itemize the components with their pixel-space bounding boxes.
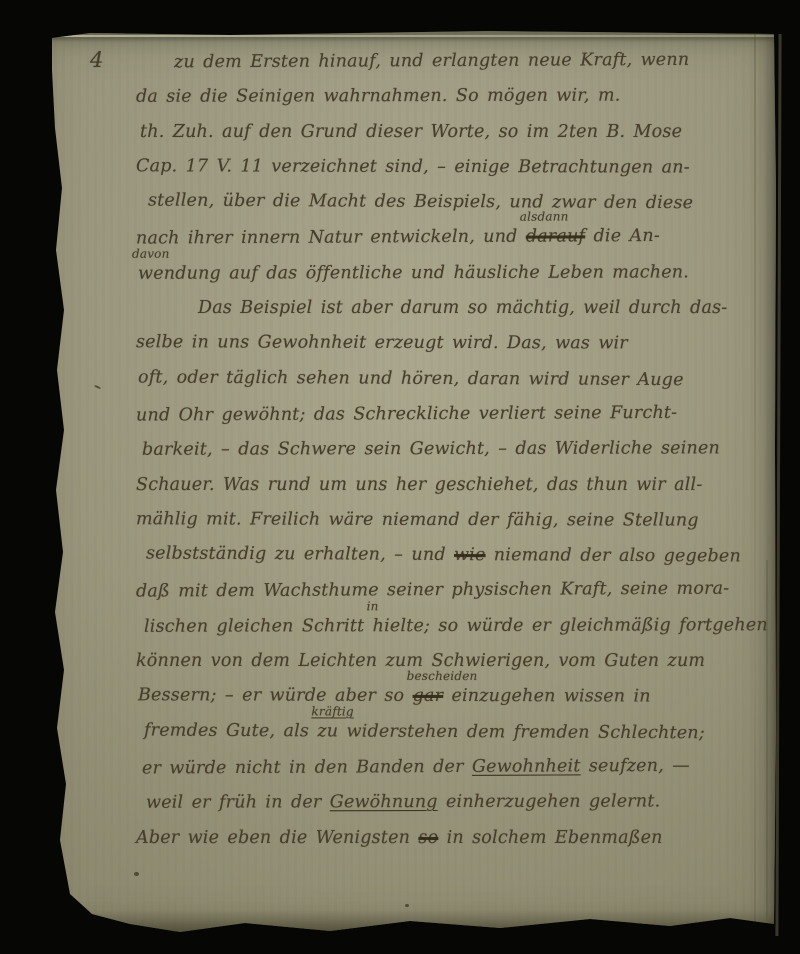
manuscript-line: zu dem Ersten hinauf, und erlangten neue… (136, 42, 764, 80)
manuscript-line: barkeit, – das Schwere sein Gewicht, – d… (136, 431, 764, 468)
text-run: einherzugehen gelernt. (438, 792, 661, 813)
manuscript-line: stellen, über die Macht des Beispiels, u… (136, 184, 764, 222)
text-run: th. Zuh. auf den Grund dieser Worte, so … (140, 122, 682, 142)
struck-word: wie (454, 545, 486, 565)
underlined-word: Gewohnheit (472, 756, 581, 777)
text-run: lischen gleichen Schritt (144, 616, 373, 637)
manuscript-text-block: zu dem Ersten hinauf, und erlangten neue… (136, 44, 764, 856)
text-run: daß mit dem Wachsthume seiner physischen… (136, 579, 729, 602)
text-run: er würde nicht in den Banden der (142, 757, 472, 779)
page-stack-edge (775, 34, 781, 936)
text-run: fremdes Gute, als (144, 720, 317, 741)
manuscript-line: Bessern; – er würde aber so bescheidenga… (136, 679, 764, 716)
text-run: oft, oder täglich sehen und hören, daran… (138, 367, 684, 390)
page-number: 4 (90, 48, 103, 72)
manuscript-line: er würde nicht in den Banden der Gewohnh… (136, 748, 764, 786)
interlinear-insertion: kräftig (311, 705, 353, 717)
text-run: Das Beispiel ist aber darum so mächtig, … (198, 298, 727, 318)
interlinear-insertion: bescheiden (407, 670, 478, 682)
manuscript-line: davonwendung auf das öffentliche und häu… (136, 255, 764, 292)
text-run: einzugehen wissen in (443, 686, 651, 707)
text-run: selbstständig zu erhalten, – und (146, 544, 454, 566)
manuscript-page: 4 zu dem Ersten hinauf, und erlangten ne… (30, 28, 776, 936)
ink-speck (134, 872, 139, 876)
text-run: hielte; so würde er gleichmäßig fortgehe… (373, 615, 768, 636)
text-run: zu dem Ersten hinauf, und erlangten neue… (174, 50, 689, 73)
text-run: in solchem Ebenmaßen (438, 828, 662, 848)
manuscript-line: selbe in uns Gewohnheit erzeugt wird. Da… (136, 326, 764, 363)
manuscript-line: mählig mit. Freilich wäre niemand der fä… (136, 502, 764, 539)
text-run: barkeit, – das Schwere sein Gewicht, – d… (142, 439, 720, 460)
text-run: mählig mit. Freilich wäre niemand der fä… (136, 509, 699, 530)
underlined-word: Gewöhnung (330, 792, 438, 812)
interlinear-insertion: davon (132, 247, 170, 259)
manuscript-line: oft, oder täglich sehen und hören, daran… (136, 360, 764, 398)
manuscript-line: Schauer. Was rund um uns her geschiehet,… (136, 468, 764, 503)
scan-background: 4 zu dem Ersten hinauf, und erlangten ne… (0, 0, 800, 954)
ink-speck (94, 385, 101, 390)
text-run: und Ohr gewöhnt; das Schreckliche verlie… (136, 403, 677, 426)
interlinear-insertion: alsdann (520, 211, 569, 223)
manuscript-line: Aber wie eben die Wenigsten so in solche… (136, 821, 764, 856)
text-run: stellen, über die Macht des Beispiels, u… (148, 191, 693, 214)
text-run: weil er früh in der (146, 793, 330, 813)
manuscript-line: nach ihrer innern Natur entwickeln, und … (136, 219, 764, 257)
text-run: niemand der also gegeben (486, 545, 742, 566)
page-stack-edge (766, 560, 768, 920)
manuscript-line: fremdes Gute, als kräftigzu widerstehen … (136, 713, 764, 751)
text-run: Bessern; – er würde aber so (138, 686, 413, 707)
ink-speck (405, 904, 409, 907)
text-run: die An- (585, 226, 660, 246)
manuscript-line: da sie die Seinigen wahrnahmen. So mögen… (136, 79, 764, 116)
manuscript-line: Cap. 17 V. 11 verzeichnet sind, – einige… (136, 149, 764, 186)
manuscript-line: th. Zuh. auf den Grund dieser Worte, so … (136, 115, 764, 150)
manuscript-line: daß mit dem Wachsthume seiner physischen… (136, 572, 764, 610)
manuscript-line: lischen gleichen Schritt inhielte; so wü… (136, 608, 764, 645)
manuscript-line: weil er früh in der Gewöhnung einherzuge… (136, 784, 764, 821)
struck-word: so (418, 828, 438, 848)
text-run: Schauer. Was rund um uns her geschiehet,… (136, 475, 702, 495)
struck-word: darauf (526, 227, 585, 247)
text-run: wendung auf das öffentliche und häuslich… (138, 262, 689, 283)
text-run: Aber wie eben die Wenigsten (136, 828, 418, 848)
text-run: seufzen, — (581, 756, 690, 777)
text-run: da sie die Seinigen wahrnahmen. So mögen… (136, 86, 621, 107)
struck-word: gar (413, 686, 444, 706)
manuscript-line: und Ohr gewöhnt; das Schreckliche verlie… (136, 395, 764, 433)
manuscript-line: Das Beispiel ist aber darum so mächtig, … (136, 291, 764, 326)
interlinear-insertion: in (367, 600, 379, 612)
manuscript-line: selbstständig zu erhalten, – und wie nie… (136, 537, 764, 575)
text-run: nach ihrer innern Natur entwickeln, und (136, 227, 526, 249)
text-run: zu widerstehen dem fremden Schlechten; (317, 721, 705, 743)
text-run: Cap. 17 V. 11 verzeichnet sind, – einige… (136, 156, 690, 177)
text-run: selbe in uns Gewohnheit erzeugt wird. Da… (136, 333, 628, 354)
